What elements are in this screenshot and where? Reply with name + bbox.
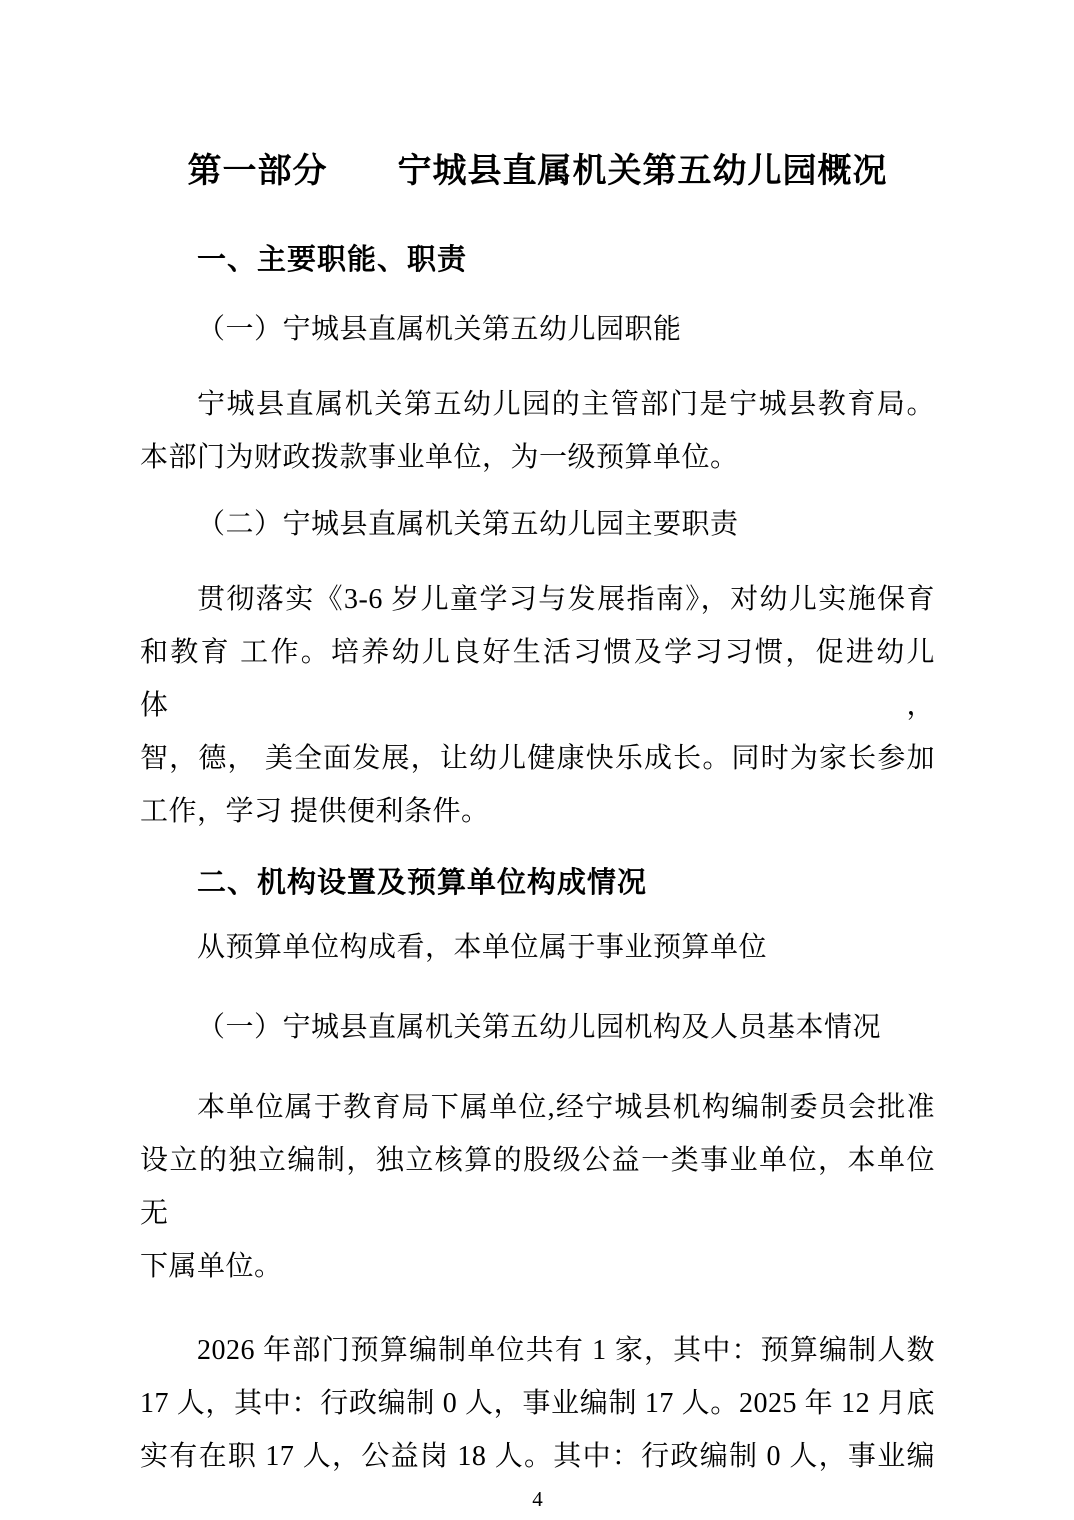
paragraph-line: 实有在职 17 人，公益岗 18 人。其中：行政编制 0 人，事业编 bbox=[140, 1430, 935, 1483]
paragraph-line: 下属单位。 bbox=[140, 1240, 935, 1293]
paragraph-line: 和教育 工作。培养幼儿良好生活习惯及学习习惯，促进幼儿体， bbox=[140, 626, 935, 732]
doc-title: 第一部分 宁城县直属机关第五幼儿园概况 bbox=[140, 148, 935, 196]
paragraph-line: 本单位属于教育局下属单位,经宁城县机构编制委员会批准 bbox=[140, 1081, 935, 1134]
paragraph-supervising-department: 宁城县直属机关第五幼儿园的主管部门是宁城县教育局。 本部门为财政拨款事业单位，为… bbox=[140, 378, 935, 484]
paragraph-line: 2026 年部门预算编制单位共有 1 家，其中：预算编制人数 bbox=[140, 1324, 935, 1377]
paragraph-line: 智，德， 美全面发展，让幼儿健康快乐成长。同时为家长参加 bbox=[140, 732, 935, 785]
section-heading-main-functions: 一、主要职能、职责 bbox=[140, 233, 935, 286]
section-heading-organization: 二、机构设置及预算单位构成情况 bbox=[140, 856, 935, 909]
paragraph-budget-unit-type: 从预算单位构成看，本单位属于事业预算单位 bbox=[140, 921, 935, 974]
paragraph-line: 工作，学习 提供便利条件。 bbox=[140, 785, 935, 838]
paragraph-line: 贯彻落实《3-6 岁儿童学习与发展指南》，对幼儿实施保育 bbox=[140, 573, 935, 626]
paragraph-line: 宁城县直属机关第五幼儿园的主管部门是宁城县教育局。 bbox=[140, 378, 935, 431]
paragraph-unit-affiliation: 本单位属于教育局下属单位,经宁城县机构编制委员会批准 设立的独立编制，独立核算的… bbox=[140, 1081, 935, 1293]
paragraph-duties: 贯彻落实《3-6 岁儿童学习与发展指南》，对幼儿实施保育 和教育 工作。培养幼儿… bbox=[140, 573, 935, 838]
paragraph-line: 本部门为财政拨款事业单位，为一级预算单位。 bbox=[140, 431, 935, 484]
subheading-staffing-basic-info: （一）宁城县直属机关第五幼儿园机构及人员基本情况 bbox=[140, 1001, 935, 1054]
document-page: 第一部分 宁城县直属机关第五幼儿园概况 一、主要职能、职责 （一）宁城县直属机关… bbox=[0, 0, 1074, 1520]
page-content: 第一部分 宁城县直属机关第五幼儿园概况 一、主要职能、职责 （一）宁城县直属机关… bbox=[0, 148, 1074, 1511]
subheading-main-duties: （二）宁城县直属机关第五幼儿园主要职责 bbox=[140, 498, 935, 551]
paragraph-line: 设立的独立编制，独立核算的股级公益一类事业单位，本单位无 bbox=[140, 1134, 935, 1240]
page-number: 4 bbox=[140, 1487, 935, 1511]
paragraph-line: 从预算单位构成看，本单位属于事业预算单位 bbox=[140, 921, 935, 974]
subheading-functions: （一）宁城县直属机关第五幼儿园职能 bbox=[140, 303, 935, 356]
paragraph-line: 17 人，其中：行政编制 0 人，事业编制 17 人。2025 年 12 月底 bbox=[140, 1377, 935, 1430]
paragraph-staffing-numbers: 2026 年部门预算编制单位共有 1 家，其中：预算编制人数 17 人，其中：行… bbox=[140, 1324, 935, 1483]
